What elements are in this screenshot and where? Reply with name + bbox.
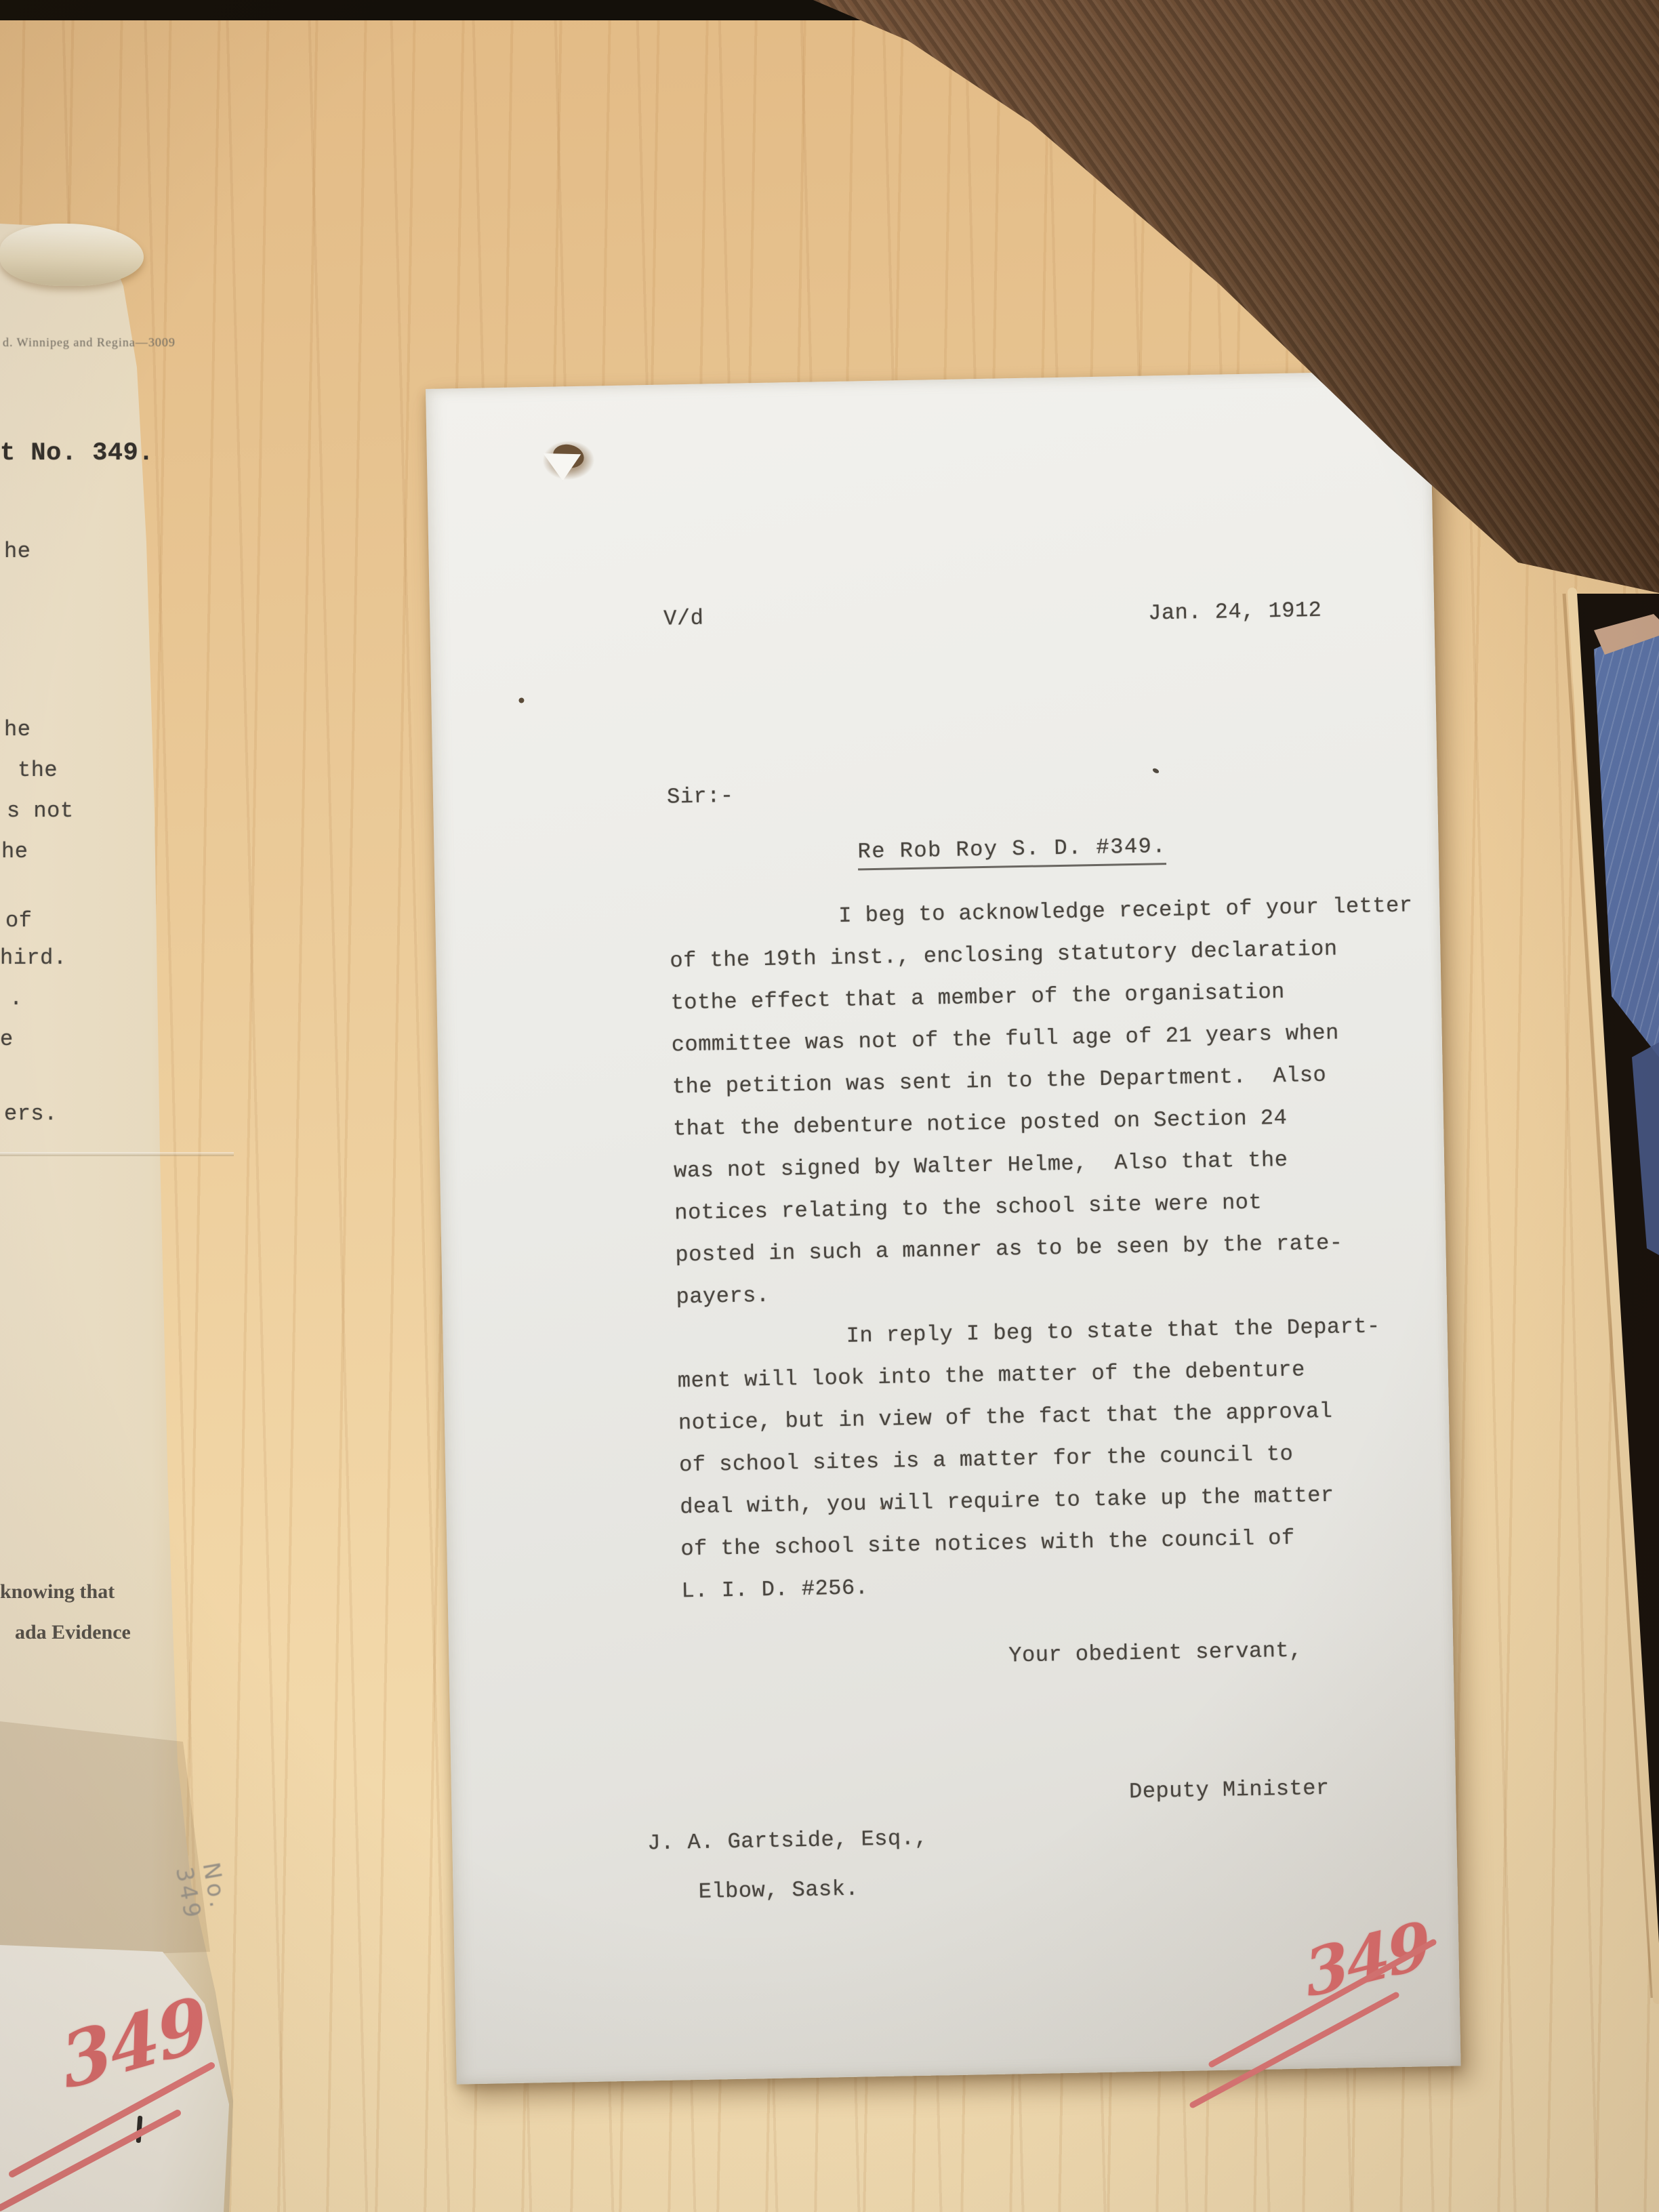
body-fragment: ada Evidence	[15, 1621, 131, 1644]
edge-fragment: of	[5, 908, 32, 933]
letter-signer-title: Deputy Minister	[1129, 1776, 1330, 1804]
letter-salutation: Sir:-	[667, 783, 734, 810]
stack-rolled-corner	[0, 224, 144, 286]
left-document-stack: d. Winnipeg and Regina—3009 t No. 349. h…	[0, 0, 285, 2212]
paper-speck	[1152, 767, 1160, 774]
pencil-annotation: No. 349	[170, 1860, 234, 1930]
edge-fragment: the	[18, 758, 58, 783]
letter-reference: V/d	[663, 606, 704, 632]
body-fragment: knowing that	[0, 1580, 115, 1603]
stack-fold-crease	[0, 1152, 234, 1156]
red-file-number-letter: 349	[1301, 1907, 1433, 2012]
letter-body: I beg to acknowledge receipt of your let…	[669, 884, 1441, 1612]
edge-fragment: e	[0, 1027, 14, 1052]
letter-addressee-name: J. A. Gartside, Esq.,	[647, 1826, 928, 1856]
edge-fragment: he	[4, 717, 30, 742]
letter-paper: V/d Jan. 24, 1912 Sir:- Re Rob Roy S. D.…	[426, 371, 1461, 2085]
edge-fragment: he	[1, 839, 28, 864]
letter-closing: Your obedient servant,	[1008, 1638, 1303, 1668]
edge-fragment: .	[9, 986, 23, 1011]
paper-speck	[518, 697, 524, 703]
letter-addressee-town: Elbow, Sask.	[698, 1877, 859, 1904]
letter-subject: Re Rob Roy S. D. #349.	[857, 834, 1166, 870]
edge-fragment: ers.	[4, 1101, 58, 1126]
title-fragment: t No. 349.	[0, 439, 154, 468]
edge-fragment: he	[4, 539, 30, 564]
printer-imprint: d. Winnipeg and Regina—3009	[3, 335, 176, 350]
archive-photo: d. Winnipeg and Regina—3009 t No. 349. h…	[0, 0, 1659, 2212]
edge-fragment: s not	[7, 798, 74, 823]
letter-date: Jan. 24, 1912	[1148, 598, 1322, 626]
edge-fragment: hird.	[0, 945, 67, 970]
